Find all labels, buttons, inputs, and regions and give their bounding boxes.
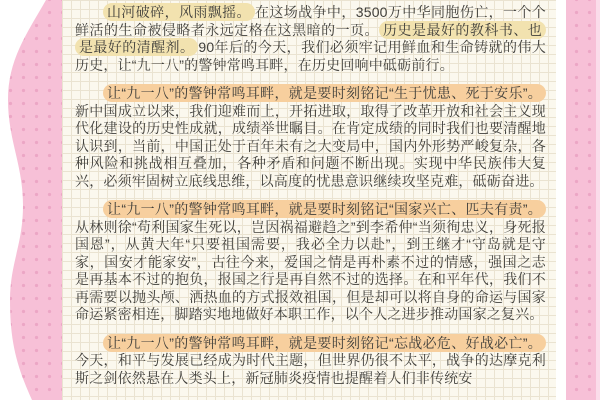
highlighted-text: 让“九一八”的警钟常鸣耳畔，就是要时刻铭记“国家兴亡、匹夫有责”。 — [103, 200, 546, 218]
article-page: 山河破碎，风雨飘摇。在这场战争中，3500万中华同胞伤亡，一个个鲜活的生命被侵略… — [0, 0, 600, 400]
text-segment: 从林则徐“苟利国家生死以，岂因祸福避趋之”到李希仲“当须徇忠义，身死报国恩”，从… — [75, 219, 546, 323]
highlighted-text: 让“九一八”的警钟常鸣耳畔，就是要时刻铭记“生于忧患、死于安乐”。 — [103, 84, 546, 102]
wavy-edge-decoration — [0, 0, 62, 400]
left-pink-border — [0, 0, 62, 400]
paragraph: 让“九一八”的警钟常鸣耳畔，就是要时刻铭记“忘战必危、好战必亡”。今天，和平与发… — [75, 335, 546, 388]
paragraph: 山河破碎，风雨飘摇。在这场战争中，3500万中华同胞伤亡，一个个鲜活的生命被侵略… — [75, 4, 546, 74]
highlighted-text: 山河破碎，风雨飘摇。 — [103, 3, 255, 21]
text-segment: 新中国成立以来，我们迎难而上，开拓进取，取得了改革开放和社会主义现代化建设的历史… — [75, 103, 546, 189]
paragraph: 让“九一八”的警钟常鸣耳畔，就是要时刻铭记“国家兴亡、匹夫有责”。从林则徐“苟利… — [75, 201, 546, 324]
right-edge-strip — [596, 0, 600, 400]
paper-right-gap — [556, 0, 566, 400]
article-text: 山河破碎，风雨飘摇。在这场战争中，3500万中华同胞伤亡，一个个鲜活的生命被侵略… — [62, 0, 556, 387]
right-pink-border — [566, 0, 596, 400]
text-segment: 今天，和平与发展已经成为时代主题，但世界仍很不太平，战争的达摩克利斯之剑依然悬在… — [75, 352, 546, 386]
notebook-paper: 山河破碎，风雨飘摇。在这场战争中，3500万中华同胞伤亡，一个个鲜活的生命被侵略… — [62, 0, 556, 400]
paragraph: 让“九一八”的警钟常鸣耳畔，就是要时刻铭记“生于忧患、死于安乐”。新中国成立以来… — [75, 85, 546, 190]
highlighted-text: 让“九一八”的警钟常鸣耳畔，就是要时刻铭记“忘战必危、好战必亡”。 — [103, 334, 546, 352]
